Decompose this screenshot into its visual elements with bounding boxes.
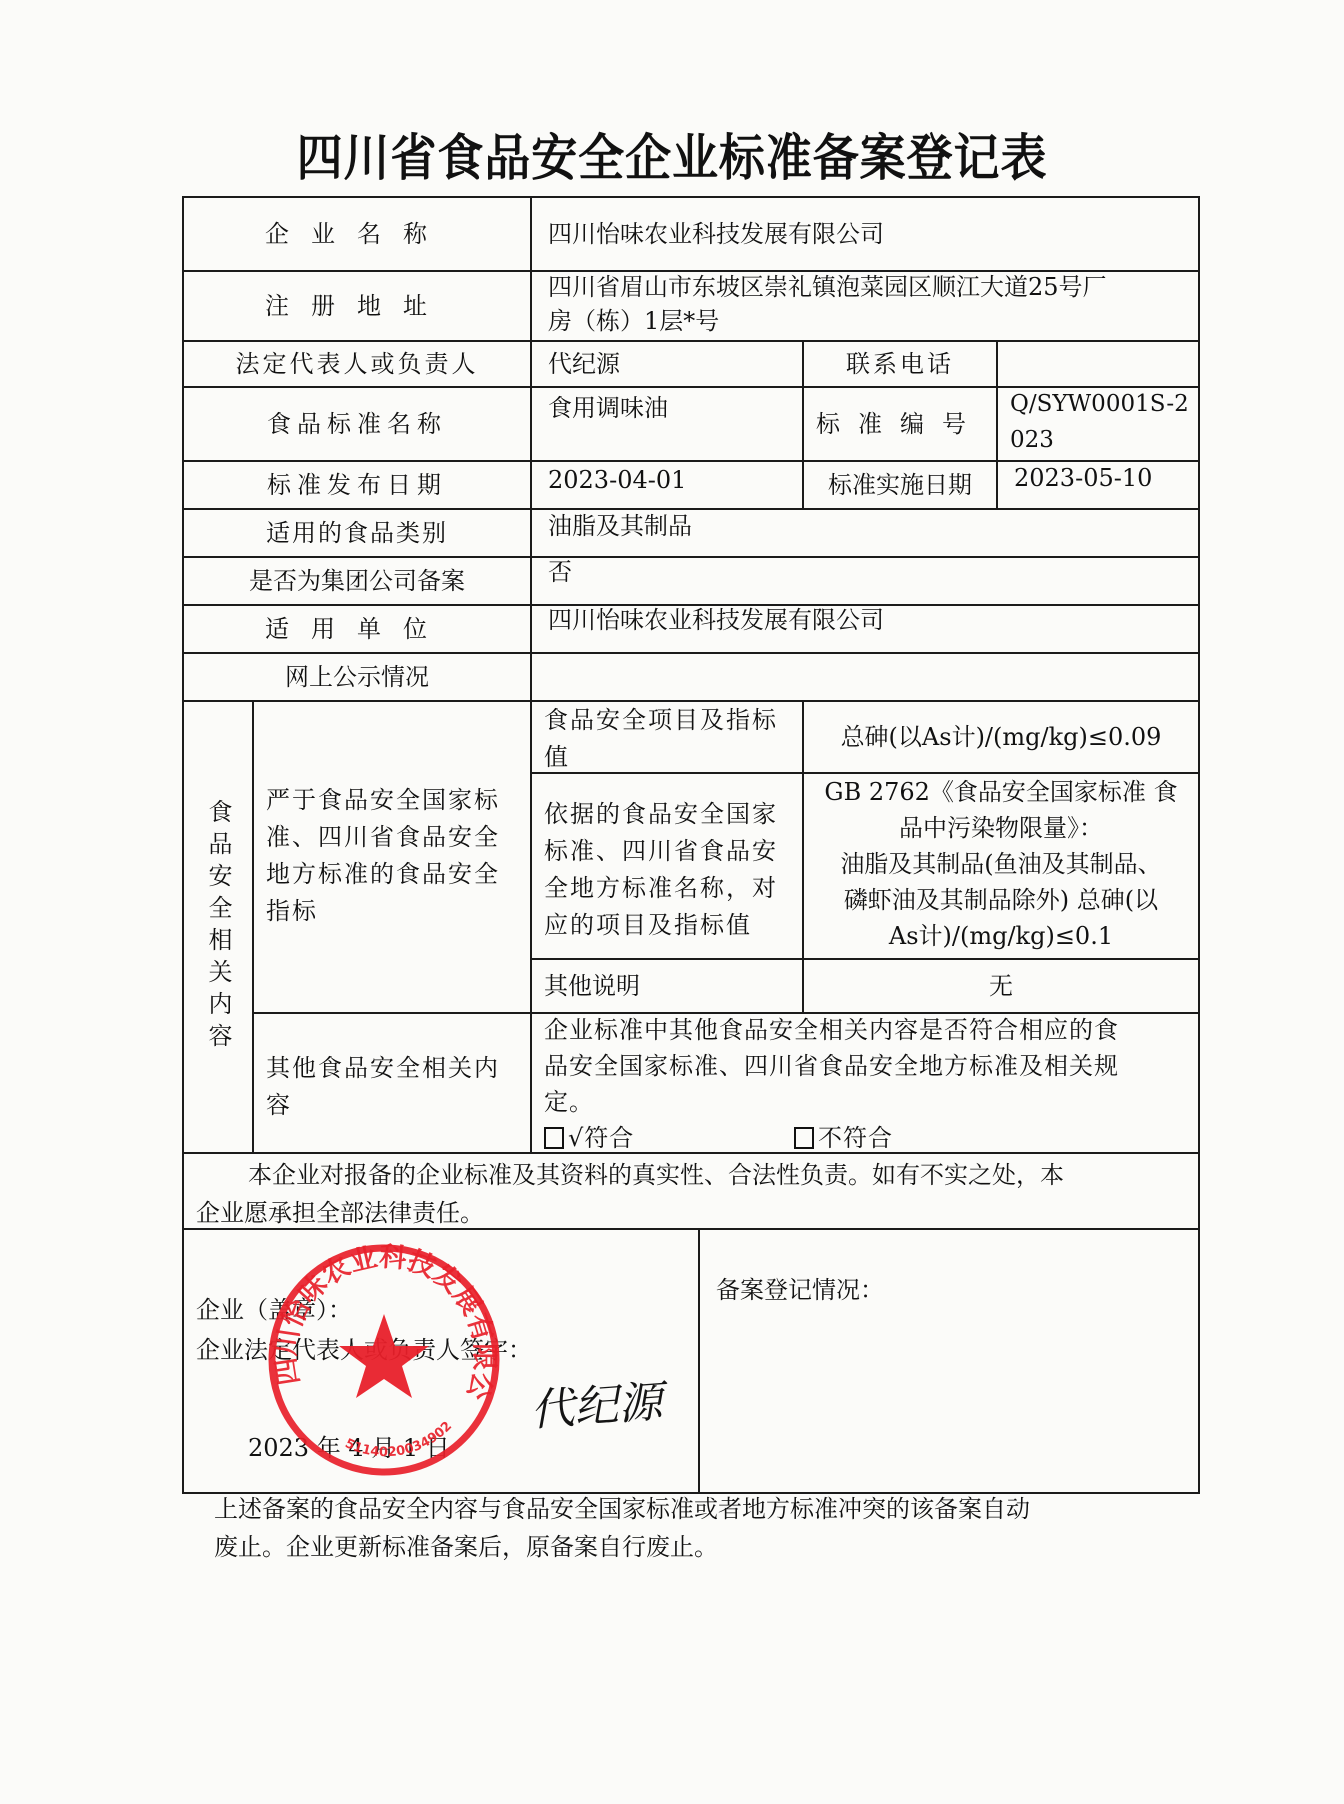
group-filing-value: 否: [532, 554, 1198, 600]
implementation-date-value: 2023-05-10: [998, 460, 1198, 506]
registered-address-value: 四川省眉山市东坡区崇礼镇泡菜园区顺江大道25号厂 房（栋）1层*号: [532, 270, 1198, 340]
standard-name-label: 食品标准名称: [184, 388, 530, 460]
other-content-text: 企业标准中其他食品安全相关内容是否符合相应的食 品安全国家标准、四川省食品安全地…: [544, 1012, 1198, 1152]
applicable-unit-label: 适用单位: [184, 606, 530, 652]
standard-number-line-2: 023: [1010, 422, 1198, 458]
stricter-standard-label: 严于食品安全国家标 准、四川省食品安全 地方标准的食品安全 指标: [266, 702, 530, 1012]
address-line-2: 房（栋）1层*号: [548, 304, 1198, 338]
safety-item-value: 总砷(以As计)/(mg/kg)≤0.09: [804, 702, 1198, 772]
handwritten-signature: 代纪源: [528, 1365, 664, 1438]
signature-block: 企业（盖章）： 企业法定代表人或负责人签字：: [196, 1290, 696, 1370]
group-filing-label: 是否为集团公司备案: [184, 558, 530, 604]
sign-label: 企业法定代表人或负责人签字：: [196, 1330, 696, 1370]
publish-date-label: 标准发布日期: [184, 462, 530, 508]
legal-rep-value: 代纪源: [532, 342, 802, 386]
safety-item-label: 食品安全项目及指标 值: [544, 702, 802, 772]
company-name-label: 企业名称: [184, 198, 530, 270]
online-publicity-label: 网上公示情况: [184, 654, 530, 700]
phone-value: [998, 342, 1198, 386]
other-note-value: 无: [804, 960, 1198, 1012]
not-comply-checkbox[interactable]: [794, 1127, 814, 1149]
basis-standard-label: 依据的食品安全国家 标准、四川省食品安 全地方标准名称，对 应的项目及指标值: [544, 796, 802, 956]
online-publicity-value: [532, 654, 1198, 700]
standard-number-label: 标准编号: [804, 388, 996, 460]
implementation-date-label: 标准实施日期: [804, 462, 996, 508]
declaration-text: 本企业对报备的企业标准及其资料的真实性、合法性负责。如有不实之处，本 企业愿承担…: [196, 1156, 1196, 1228]
food-category-value: 油脂及其制品: [532, 508, 1198, 554]
footnote: 上述备案的食品安全内容与食品安全国家标准或者地方标准冲突的该备案自动 废止。企业…: [214, 1490, 1204, 1566]
publish-date-value: 2023-04-01: [532, 462, 802, 508]
registered-address-label: 注册地址: [184, 272, 530, 340]
not-comply-option[interactable]: 不符合: [794, 1120, 893, 1156]
food-category-label: 适用的食品类别: [184, 510, 530, 556]
filing-status-label: 备案登记情况：: [716, 1268, 1196, 1312]
other-note-label: 其他说明: [530, 960, 802, 1012]
seal-label: 企业（盖章）：: [196, 1290, 696, 1330]
standard-number-line-1: Q/SYW0001S-2: [1010, 386, 1198, 422]
address-line-1: 四川省眉山市东坡区崇礼镇泡菜园区顺江大道25号厂: [548, 270, 1198, 304]
legal-rep-label: 法定代表人或负责人: [184, 342, 530, 386]
safety-section-label: 食品安全相关内容: [184, 702, 252, 1152]
comply-option[interactable]: √符合: [544, 1120, 634, 1156]
standard-name-value: 食用调味油: [532, 388, 802, 460]
company-name-value: 四川怡味农业科技发展有限公司: [532, 198, 1198, 270]
standard-number-value: Q/SYW0001S-2 023: [1010, 386, 1198, 460]
applicable-unit-value: 四川怡味农业科技发展有限公司: [532, 602, 1198, 648]
basis-standard-value: GB 2762《食品安全国家标准 食 品中污染物限量》： 油脂及其制品(鱼油及其…: [804, 774, 1198, 958]
other-content-label: 其他食品安全相关内 容: [266, 1014, 530, 1152]
phone-label: 联系电话: [804, 342, 996, 386]
signature-date: 2023 年 4 月 1 日: [248, 1428, 548, 1468]
comply-checkbox[interactable]: [544, 1127, 564, 1149]
form-title: 四川省食品安全企业标准备案登记表: [54, 118, 1290, 190]
